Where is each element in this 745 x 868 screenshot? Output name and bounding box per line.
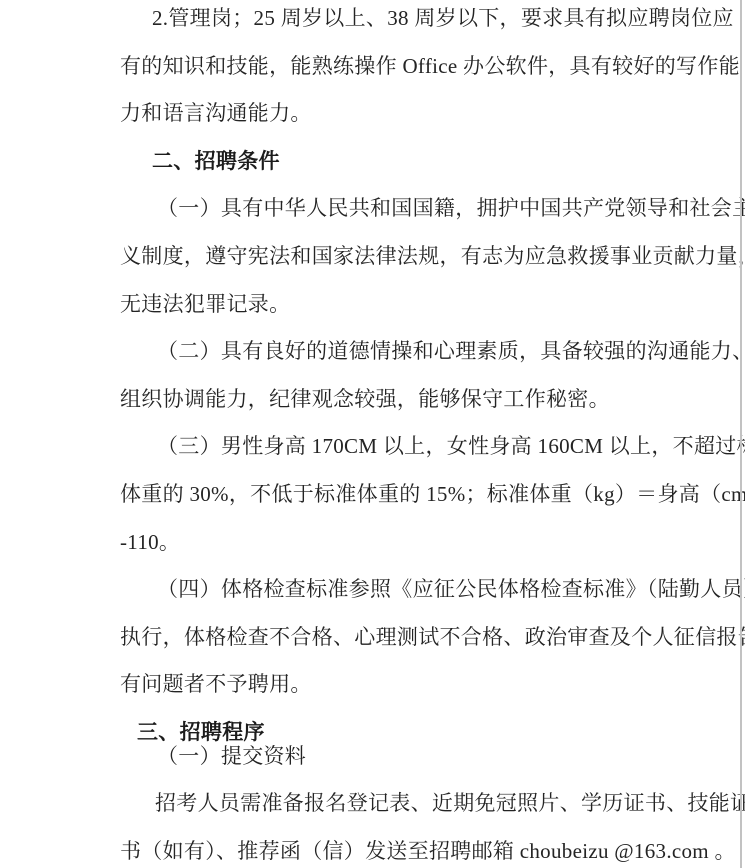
paragraph-line: 组织协调能力，纪律观念较强，能够保守工作秘密。 <box>120 376 630 424</box>
paragraph-line: 书（如有）、推荐函（信）发送至招聘邮箱 choubeizu @163.com 。 <box>120 828 630 868</box>
paragraph-line: （三）男性身高 170CM 以上，女性身高 160CM 以上，不超过标准 <box>120 423 630 471</box>
paragraph-line: （二）具有良好的道德情操和心理素质，具备较强的沟通能力、 <box>120 328 630 376</box>
section-heading-recruitment-conditions: 二、招聘条件 <box>120 138 630 186</box>
page-right-border <box>740 0 742 868</box>
paragraph-line: 体重的 30%，不低于标准体重的 15%；标准体重（kg）＝身高（cm） <box>120 471 630 519</box>
paragraph-line: 2.管理岗；25 周岁以上、38 周岁以下，要求具有拟应聘岗位应 <box>120 0 630 43</box>
paragraph-line: 有问题者不予聘用。 <box>120 661 630 709</box>
paragraph-line: 执行，体格检查不合格、心理测试不合格、政治审查及个人征信报告 <box>120 614 630 662</box>
paragraph-line: 无违法犯罪记录。 <box>120 281 630 329</box>
paragraph-line: 招考人员需准备报名登记表、近期免冠照片、学历证书、技能证 <box>120 780 630 828</box>
subsection-heading-submit-materials: （一）提交资料 <box>120 733 630 781</box>
paragraph-line: 有的知识和技能，能熟练操作 Office 办公软件，具有较好的写作能 <box>120 43 630 91</box>
paragraph-line: 力和语言沟通能力。 <box>120 90 630 138</box>
paragraph-line: （四）体格检查标准参照《应征公民体格检查标准》（陆勤人员） <box>120 566 630 614</box>
paragraph-line: 义制度，遵守宪法和国家法律法规，有志为应急救援事业贡献力量， <box>120 233 630 281</box>
paragraph-line: -110。 <box>120 519 630 567</box>
document-content: 2.管理岗；25 周岁以上、38 周岁以下，要求具有拟应聘岗位应 有的知识和技能… <box>120 0 630 868</box>
document-page: 2.管理岗；25 周岁以上、38 周岁以下，要求具有拟应聘岗位应 有的知识和技能… <box>0 0 745 868</box>
paragraph-line: （一）具有中华人民共和国国籍，拥护中国共产党领导和社会主 <box>120 185 630 233</box>
